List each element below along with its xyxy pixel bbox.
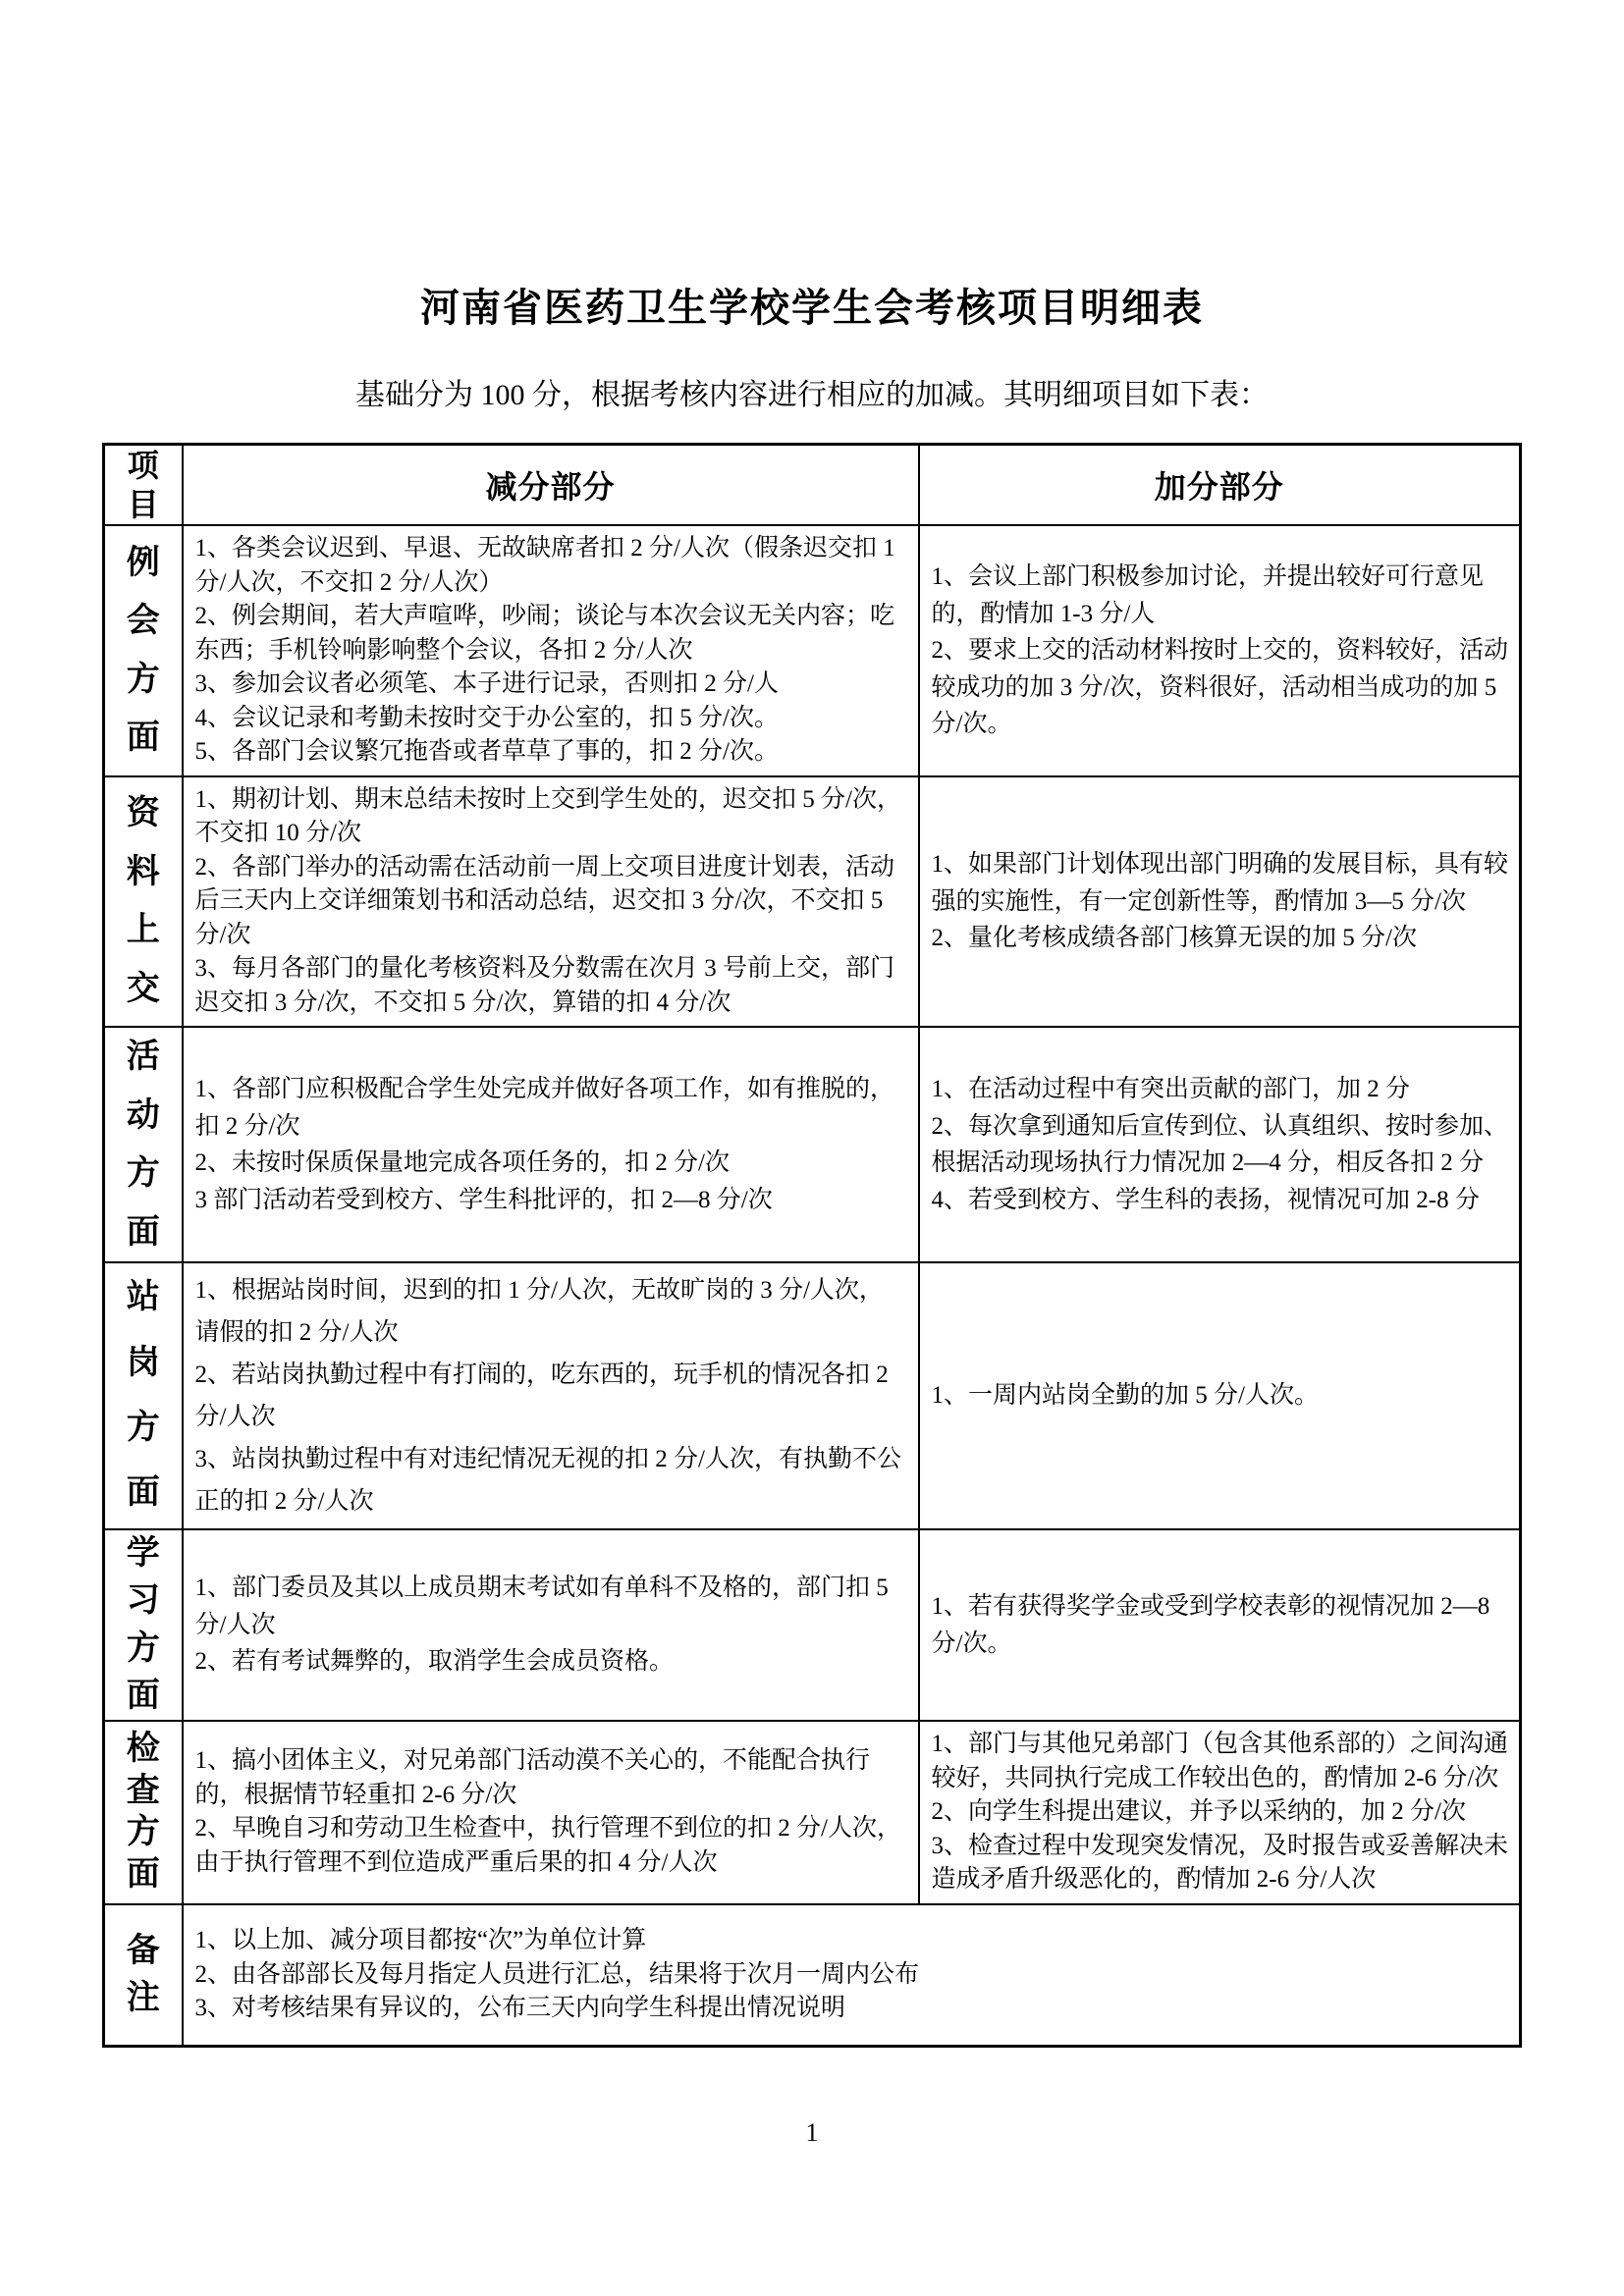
addition-item: 2、向学生科提出建议，并予以采纳的，加 2 分/次 xyxy=(932,1795,1510,1830)
deduction-item: 2、若有考试舞弊的，取消学生会成员资格。 xyxy=(195,1643,908,1681)
addition-cell: 1、若有获得奖学金或受到学校表彰的视情况加 2—8 分/次。 xyxy=(919,1529,1521,1721)
addition-item: 1、在活动过程中有突出贡献的部门，加 2 分 xyxy=(932,1071,1510,1108)
deduction-item: 2、未按时保质保量地完成各项任务的，扣 2 分/次 xyxy=(195,1145,908,1182)
addition-cell: 1、部门与其他兄弟部门（包含其他系部的）之间沟通较好，共同执行完成工作较出色的，… xyxy=(919,1721,1521,1904)
table-row: 站岗方面 1、根据站岗时间，迟到的扣 1 分/人次，无故旷岗的 3 分/人次，请… xyxy=(104,1262,1521,1529)
document-subtitle: 基础分为 100 分，根据考核内容进行相应的加减。其明细项目如下表： xyxy=(0,370,1624,413)
assessment-table: 项目 减分部分 加分部分 例会方面 1、各类会议迟到、早退、无故缺席者扣 2 分… xyxy=(102,443,1522,2048)
addition-item: 1、部门与其他兄弟部门（包含其他系部的）之间沟通较好，共同执行完成工作较出色的，… xyxy=(932,1728,1510,1795)
addition-item: 3、检查过程中发现突发情况，及时报告或妥善解决未造成矛盾升级恶化的，酌情加 2-… xyxy=(932,1830,1510,1897)
addition-item: 1、如果部门计划体现出部门明确的发展目标，具有较强的实施性，有一定创新性等，酌情… xyxy=(932,846,1510,920)
row-label-remarks: 备注 xyxy=(127,1928,160,2023)
deduction-item: 3 部门活动若受到校方、学生科批评的，扣 2—8 分/次 xyxy=(195,1182,908,1219)
addition-item: 1、一周内站岗全勤的加 5 分/人次。 xyxy=(932,1379,1510,1414)
addition-item: 2、要求上交的活动材料按时上交的，资料较好，活动较成功的加 3 分/次，资料很好… xyxy=(932,632,1510,743)
deduction-item: 3、每月各部门的量化考核资料及分数需在次月 3 号前上交，部门迟交扣 3 分/次… xyxy=(195,952,908,1020)
table-row: 检查方面 1、搞小团体主义，对兄弟部门活动漠不关心的，不能配合执行的，根据情节轻… xyxy=(104,1721,1521,1904)
table-row: 活动方面 1、各部门应积极配合学生处完成并做好各项工作，如有推脱的，扣 2 分/… xyxy=(104,1027,1521,1262)
deduction-item: 2、早晚自习和劳动卫生检查中，执行管理不到位的扣 2 分/人次，由于执行管理不到… xyxy=(195,1812,908,1880)
deduction-cell: 1、根据站岗时间，迟到的扣 1 分/人次，无故旷岗的 3 分/人次，请假的扣 2… xyxy=(183,1262,919,1529)
addition-item: 1、若有获得奖学金或受到学校表彰的视情况加 2—8 分/次。 xyxy=(932,1588,1510,1662)
deduction-item: 1、根据站岗时间，迟到的扣 1 分/人次，无故旷岗的 3 分/人次，请假的扣 2… xyxy=(195,1269,908,1354)
table-header-row: 项目 减分部分 加分部分 xyxy=(104,445,1521,526)
deduction-item: 4、会议记录和考勤未按时交于办公室的，扣 5 分/次。 xyxy=(195,702,908,736)
table-row: 备注 1、以上加、减分项目都按“次”为单位计算 2、由各部部长及每月指定人员进行… xyxy=(104,1904,1521,2047)
deduction-item: 3、参加会议者必须笔、本子进行记录，否则扣 2 分/人 xyxy=(195,667,908,702)
deduction-item: 1、部门委员及其以上成员期末考试如有单科不及格的，部门扣 5 分/人次 xyxy=(195,1570,908,1643)
row-label-regular-meetings: 例会方面 xyxy=(127,534,160,768)
header-project: 项目 xyxy=(128,446,159,524)
deduction-item: 1、搞小团体主义，对兄弟部门活动漠不关心的，不能配合执行的，根据情节轻重扣 2-… xyxy=(195,1744,908,1812)
deduction-cell: 1、各部门应积极配合学生处完成并做好各项工作，如有推脱的，扣 2 分/次 2、未… xyxy=(183,1027,919,1262)
addition-item: 1、会议上部门积极参加讨论，并提出较好可行意见的，酌情加 1-3 分/人 xyxy=(932,559,1510,632)
deduction-cell: 1、搞小团体主义，对兄弟部门活动漠不关心的，不能配合执行的，根据情节轻重扣 2-… xyxy=(183,1721,919,1904)
deduction-cell: 1、期初计划、期末总结未按时上交到学生处的，迟交扣 5 分/次，不交扣 10 分… xyxy=(183,776,919,1028)
table-row: 学习方面 1、部门委员及其以上成员期末考试如有单科不及格的，部门扣 5 分/人次… xyxy=(104,1529,1521,1721)
page-number: 1 xyxy=(0,2118,1624,2148)
remark-item: 2、由各部部长及每月指定人员进行汇总，结果将于次月一周内公布 xyxy=(195,1958,1510,1993)
header-project-cell: 项目 xyxy=(104,445,183,526)
document-title: 河南省医药卫生学校学生会考核项目明细表 xyxy=(0,0,1624,333)
addition-cell: 1、如果部门计划体现出部门明确的发展目标，具有较强的实施性，有一定创新性等，酌情… xyxy=(919,776,1521,1028)
deduction-item: 5、各部门会议繁冗拖沓或者草草了事的，扣 2 分/次。 xyxy=(195,735,908,770)
header-addition: 加分部分 xyxy=(919,445,1521,526)
table-row: 例会方面 1、各类会议迟到、早退、无故缺席者扣 2 分/人次（假条迟交扣 1 分… xyxy=(104,525,1521,776)
addition-cell: 1、一周内站岗全勤的加 5 分/人次。 xyxy=(919,1262,1521,1529)
row-label-guard-duty: 站岗方面 xyxy=(127,1265,160,1525)
deduction-item: 2、若站岗执勤过程中有打闹的，吃东西的，玩手机的情况各扣 2 分/人次 xyxy=(195,1354,908,1438)
deduction-item: 1、期初计划、期末总结未按时上交到学生处的，迟交扣 5 分/次，不交扣 10 分… xyxy=(195,783,908,851)
row-label-activities: 活动方面 xyxy=(127,1028,160,1261)
addition-item: 4、若受到校方、学生科的表扬，视情况可加 2-8 分 xyxy=(932,1182,1510,1219)
row-label-material-submission: 资料上交 xyxy=(127,784,160,1018)
deduction-item: 2、例会期间，若大声喧哗，吵闹；谈论与本次会议无关内容；吃东西；手机铃响影响整个… xyxy=(195,600,908,667)
addition-cell: 1、会议上部门积极参加讨论，并提出较好可行意见的，酌情加 1-3 分/人 2、要… xyxy=(919,525,1521,776)
deduction-item: 1、各部门应积极配合学生处完成并做好各项工作，如有推脱的，扣 2 分/次 xyxy=(195,1071,908,1145)
deduction-item: 1、各类会议迟到、早退、无故缺席者扣 2 分/人次（假条迟交扣 1 分/人次，不… xyxy=(195,532,908,600)
addition-cell: 1、在活动过程中有突出贡献的部门，加 2 分 2、每次拿到通知后宣传到位、认真组… xyxy=(919,1027,1521,1262)
remark-item: 3、对考核结果有异议的，公布三天内向学生科提出情况说明 xyxy=(195,1992,1510,2026)
table-row: 资料上交 1、期初计划、期末总结未按时上交到学生处的，迟交扣 5 分/次，不交扣… xyxy=(104,776,1521,1028)
deduction-item: 2、各部门举办的活动需在活动前一周上交项目进度计划表，活动后三天内上交详细策划书… xyxy=(195,851,908,953)
deduction-item: 3、站岗执勤过程中有对违纪情况无视的扣 2 分/人次，有执勤不公正的扣 2 分/… xyxy=(195,1438,908,1522)
remark-item: 1、以上加、减分项目都按“次”为单位计算 xyxy=(195,1924,1510,1958)
document-page: 河南省医药卫生学校学生会考核项目明细表 基础分为 100 分，根据考核内容进行相… xyxy=(0,0,1624,2296)
header-deduction: 减分部分 xyxy=(183,445,919,526)
row-label-inspection: 检查方面 xyxy=(127,1729,160,1896)
row-label-study: 学习方面 xyxy=(127,1530,160,1720)
addition-item: 2、量化考核成绩各部门核算无误的加 5 分/次 xyxy=(932,920,1510,957)
deduction-cell: 1、部门委员及其以上成员期末考试如有单科不及格的，部门扣 5 分/人次 2、若有… xyxy=(183,1529,919,1721)
deduction-cell: 1、各类会议迟到、早退、无故缺席者扣 2 分/人次（假条迟交扣 1 分/人次，不… xyxy=(183,525,919,776)
remarks-cell: 1、以上加、减分项目都按“次”为单位计算 2、由各部部长及每月指定人员进行汇总，… xyxy=(183,1904,1521,2047)
addition-item: 2、每次拿到通知后宣传到位、认真组织、按时参加、根据活动现场执行力情况加 2—4… xyxy=(932,1108,1510,1182)
